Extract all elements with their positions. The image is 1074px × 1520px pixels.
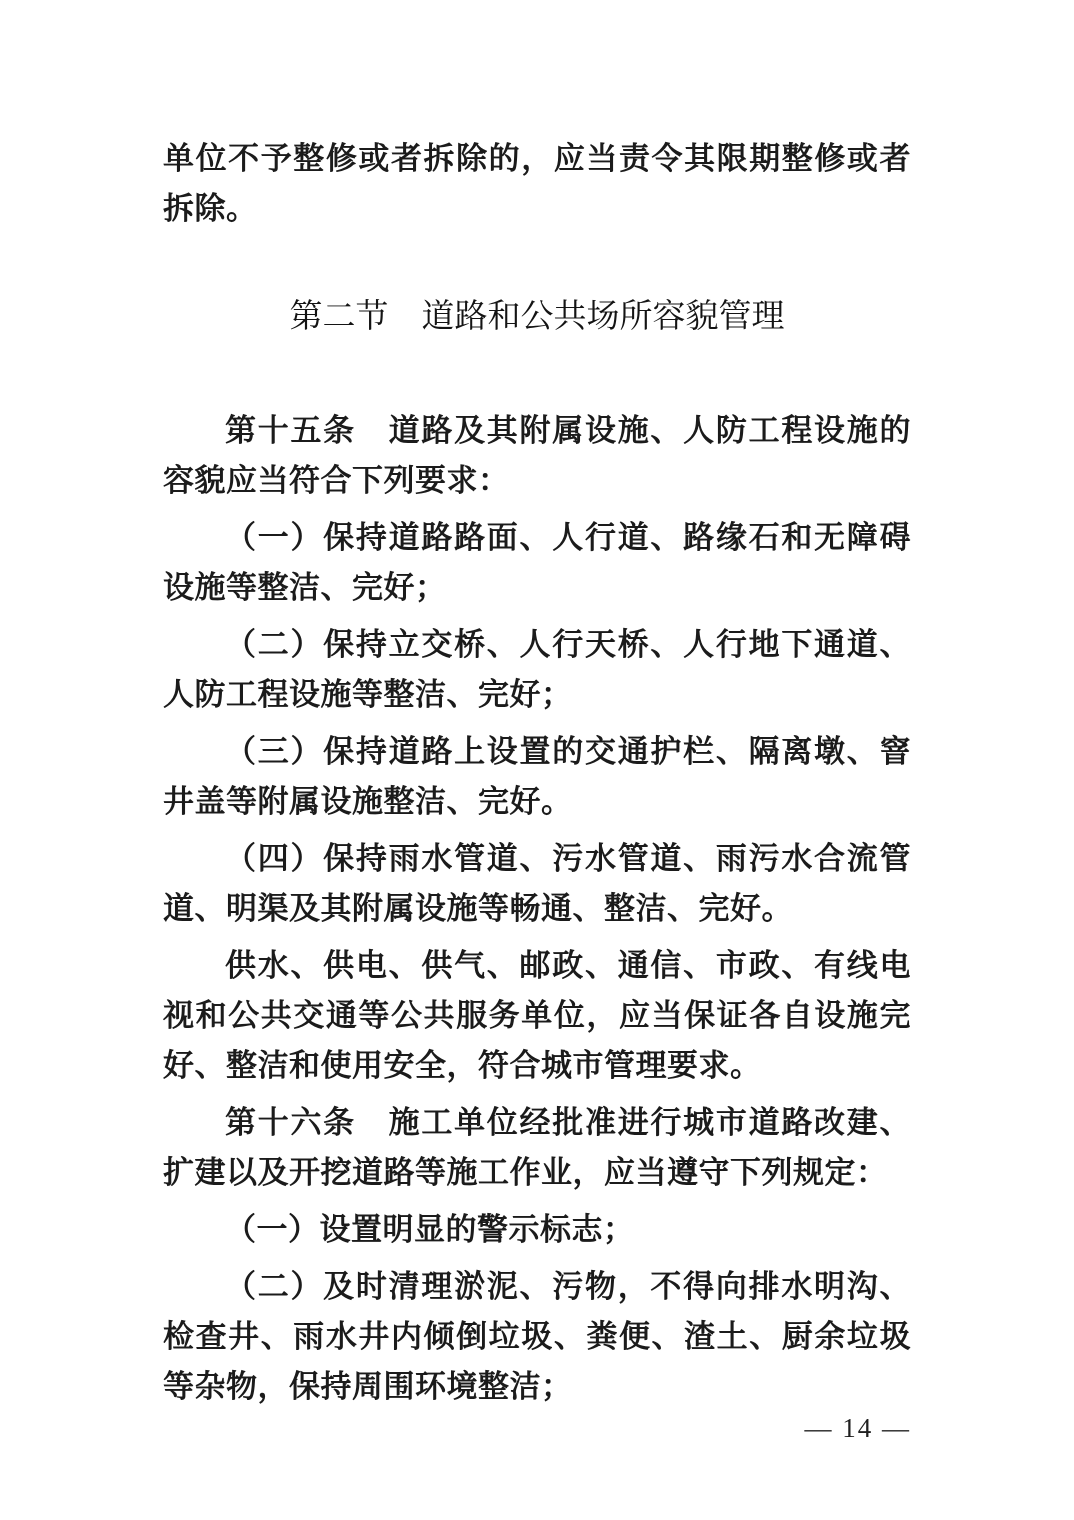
paragraph-article-16: 第十六条 施工单位经批准进行城市道路改建、扩建以及开挖道路等施工作业，应当遵守下… xyxy=(163,1098,911,1198)
paragraph-item-4: （四）保持雨水管道、污水管道、雨污水合流管道、明渠及其附属设施等畅通、整洁、完好… xyxy=(163,834,911,934)
section-heading: 第二节 道路和公共场所容貌管理 xyxy=(163,292,911,342)
page-number: — 14 — xyxy=(805,1413,912,1444)
paragraph-item-2: （二）保持立交桥、人行天桥、人行地下通道、人防工程设施等整洁、完好； xyxy=(163,620,911,720)
paragraph-item-2b: （二）及时清理淤泥、污物，不得向排水明沟、检查井、雨水井内倾倒垃圾、粪便、渣土、… xyxy=(163,1262,911,1412)
document-page: 单位不予整修或者拆除的，应当责令其限期整修或者拆除。 第二节 道路和公共场所容貌… xyxy=(0,0,1074,1520)
paragraph-continuation: 单位不予整修或者拆除的，应当责令其限期整修或者拆除。 xyxy=(163,134,911,234)
paragraph-article-15: 第十五条 道路及其附属设施、人防工程设施的容貌应当符合下列要求： xyxy=(163,406,911,506)
paragraph-item-3: （三）保持道路上设置的交通护栏、隔离墩、窨井盖等附属设施整洁、完好。 xyxy=(163,727,911,827)
paragraph-item-1b: （一）设置明显的警示标志； xyxy=(163,1205,911,1255)
paragraph-item-1: （一）保持道路路面、人行道、路缘石和无障碍设施等整洁、完好； xyxy=(163,513,911,613)
paragraph-public-services: 供水、供电、供气、邮政、通信、市政、有线电视和公共交通等公共服务单位，应当保证各… xyxy=(163,941,911,1091)
